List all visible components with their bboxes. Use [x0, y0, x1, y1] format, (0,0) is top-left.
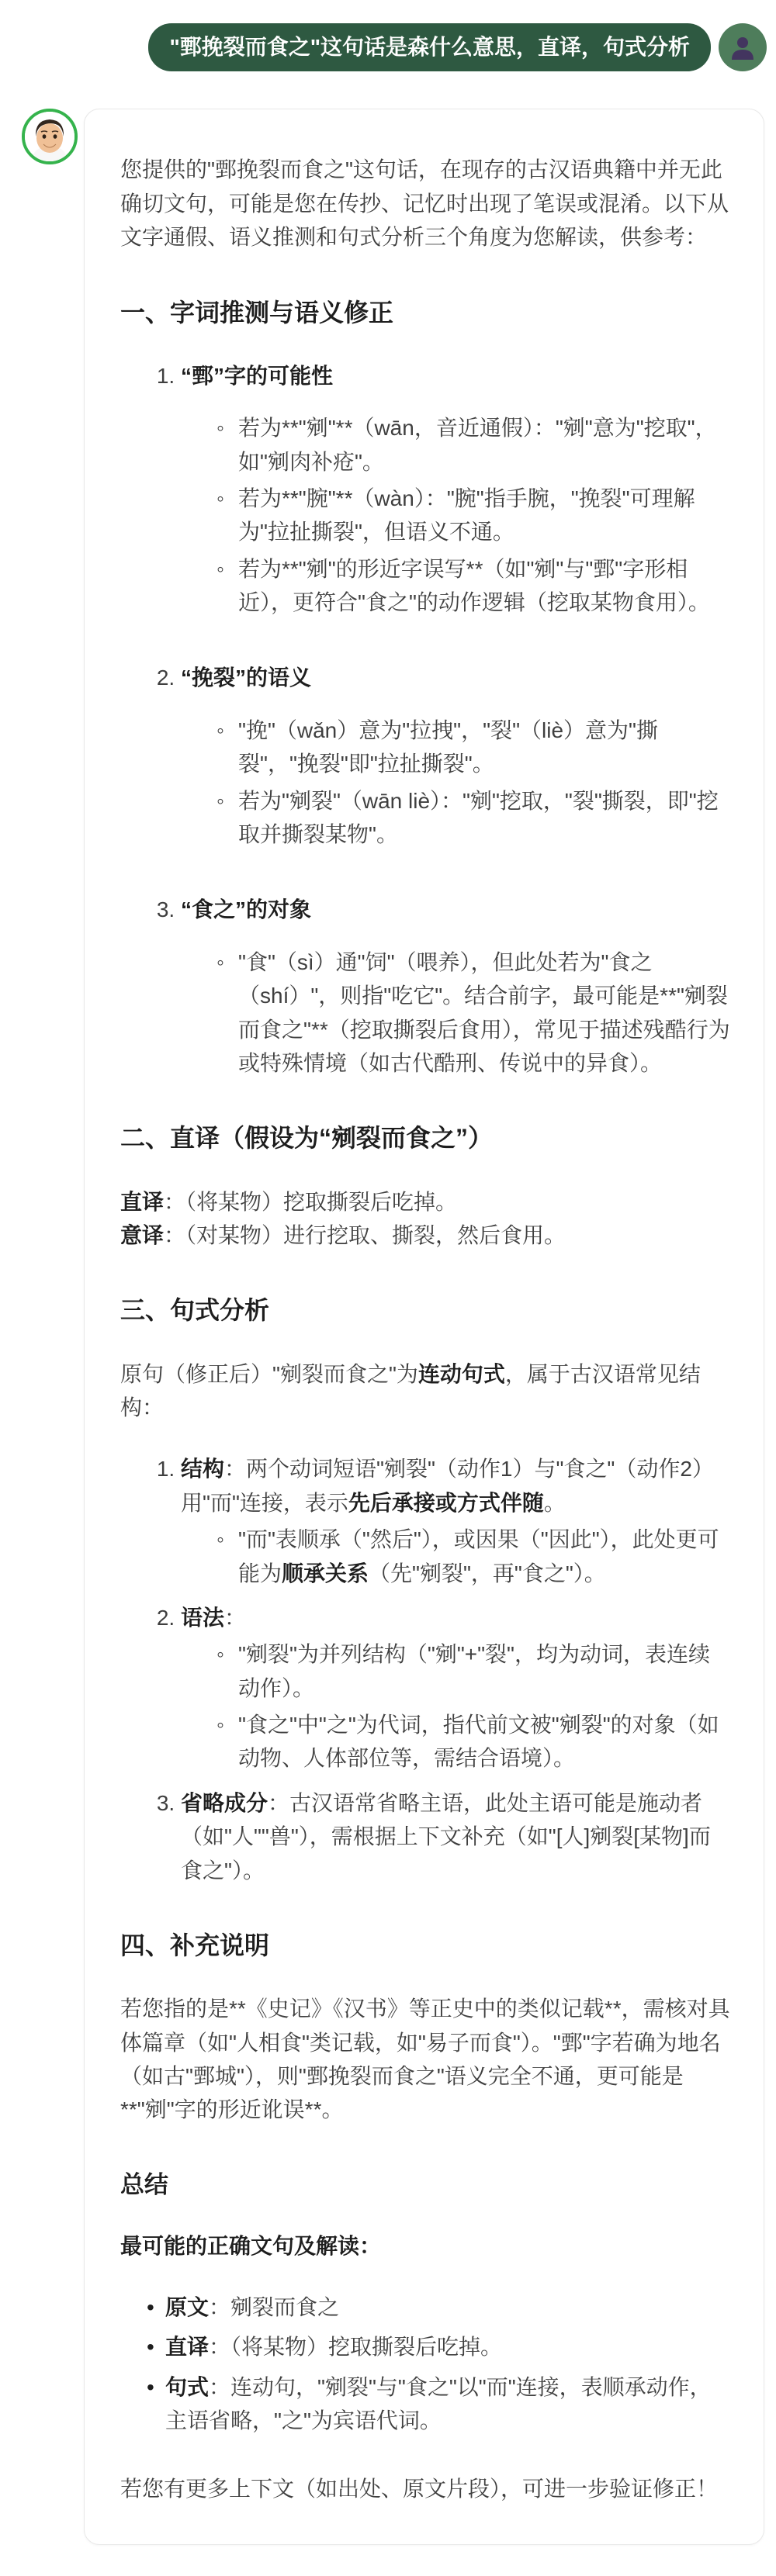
- person-icon: [729, 33, 757, 61]
- label: 结构: [181, 1457, 224, 1481]
- bold-text: 连动句式: [418, 1362, 505, 1386]
- list-item-omitted-components: 省略成分：古汉语常省略主语，此处主语可能是施动者（如"人""兽"），需根据上下文…: [181, 1786, 731, 1887]
- bullet-item: "食"（sì）通"饲"（喂养），但此处若为"食之（shí）"，则指"吃它"。结合…: [238, 946, 731, 1081]
- summary-bullet-syntax: 句式：连动句，"剜裂"与"食之"以"而"连接，表顺承动作，主语省略，"之"为宾语…: [165, 2370, 731, 2438]
- text: 。: [544, 1491, 566, 1515]
- bullet-item: 若为**"剜"的形近字误写**（如"剜"与"鄄"字形相近），更符合"食之"的动作…: [238, 552, 731, 620]
- sub-bullet-list: "食"（sì）通"饲"（喂养），但此处若为"食之（shí）"，则指"吃它"。结合…: [181, 946, 731, 1081]
- intro-paragraph: 您提供的"鄄挽裂而食之"这句话，在现存的古汉语典籍中并无此确切文句，可能是您在传…: [120, 153, 731, 254]
- label: 语法: [181, 1606, 224, 1630]
- sub-bullet-list: 若为**"剜"**（wān，音近通假）："剜"意为"挖取"，如"剜肉补疮"。 若…: [181, 411, 731, 619]
- text: （先"剜裂"，再"食之"）。: [369, 1561, 606, 1585]
- bold-text: 顺承关系: [282, 1561, 369, 1585]
- list-item-wanlie-semantics: “挽裂”的语义 "挽"（wǎn）意为"拉拽"，"裂"（liè）意为"撕裂"，"挽…: [181, 661, 731, 851]
- sub-bullet-list: "而"表顺承（"然后"），或因果（"因此"），此处更可能为顺承关系（先"剜裂"，…: [181, 1523, 731, 1590]
- sub-bullet-list: "剜裂"为并列结构（"剜"+"裂"，均为动词，表连续动作）。 "食之"中"之"为…: [181, 1637, 731, 1776]
- bullet-item: "食之"中"之"为代词，指代前文被"剜裂"的对象（如动物、人体部位等，需结合语境…: [238, 1708, 731, 1776]
- syntax-lead-paragraph: 原句（修正后）"剜裂而食之"为连动句式，属于古汉语常见结构：: [120, 1357, 731, 1425]
- summary-bullet-literal: 直译：（将某物）挖取撕裂后吃掉。: [165, 2330, 731, 2363]
- list-item-structure: 结构：两个动词短语"剜裂"（动作1）与"食之"（动作2）用"而"连接，表示先后承…: [181, 1452, 731, 1590]
- closing-paragraph: 若您有更多上下文（如出处、原文片段），可进一步验证修正！: [120, 2472, 731, 2505]
- summary-list: 原文：剜裂而食之 直译：（将某物）挖取撕裂后吃掉。 句式：连动句，"剜裂"与"食…: [120, 2291, 731, 2438]
- text: ：（对某物）进行挖取、撕裂，然后食用。: [164, 1223, 566, 1247]
- section-heading-3: 三、句式分析: [120, 1294, 731, 1327]
- chat-page: "鄄挽裂而食之"这句话是森什么意思，直译，句式分析 您提供的: [0, 0, 776, 2576]
- text: ：（将某物）挖取撕裂后吃掉。: [164, 1190, 457, 1214]
- bullet-item: 若为**"剜"**（wān，音近通假）："剜"意为"挖取"，如"剜肉补疮"。: [238, 411, 731, 479]
- label: 原文: [165, 2295, 209, 2319]
- summary-heading: 总结: [120, 2169, 731, 2201]
- label: 省略成分: [181, 1791, 268, 1815]
- free-translation-line: 意译：（对某物）进行挖取、撕裂，然后食用。: [120, 1219, 731, 1252]
- word-analysis-list: “鄄”字的可能性 若为**"剜"**（wān，音近通假）："剜"意为"挖取"，如…: [120, 359, 731, 1081]
- label: 句式: [165, 2375, 209, 2399]
- summary-bullet-original: 原文：剜裂而食之: [165, 2291, 731, 2324]
- user-message-row: "鄄挽裂而食之"这句话是森什么意思，直译，句式分析: [0, 23, 776, 71]
- label: 直译: [165, 2335, 209, 2359]
- syntax-analysis-list: 结构：两个动词短语"剜裂"（动作1）与"食之"（动作2）用"而"连接，表示先后承…: [120, 1452, 731, 1887]
- bold-text: 先后承接或方式伴随: [348, 1491, 544, 1515]
- label: 意译: [120, 1223, 164, 1247]
- label: 直译: [120, 1190, 164, 1214]
- list-item-grammar: 语法： "剜裂"为并列结构（"剜"+"裂"，均为动词，表连续动作）。 "食之"中…: [181, 1601, 731, 1776]
- user-avatar: [719, 23, 767, 71]
- bullet-item: "剜裂"为并列结构（"剜"+"裂"，均为动词，表连续动作）。: [238, 1637, 731, 1705]
- text: ：: [224, 1606, 246, 1630]
- text: ：（将某物）挖取撕裂后吃掉。: [209, 2335, 502, 2359]
- bullet-item: "而"表顺承（"然后"），或因果（"因此"），此处更可能为顺承关系（先"剜裂"，…: [238, 1523, 731, 1590]
- text: ：剜裂而食之: [209, 2295, 339, 2319]
- assistant-message-row: 您提供的"鄄挽裂而食之"这句话，在现存的古汉语典籍中并无此确切文句，可能是您在传…: [0, 109, 776, 2545]
- literal-translation-line: 直译：（将某物）挖取撕裂后吃掉。: [120, 1185, 731, 1219]
- summary-lead: 最可能的正确文句及解读：: [120, 2229, 731, 2263]
- item-title: “挽裂”的语义: [181, 661, 731, 694]
- translation-block: 直译：（将某物）挖取撕裂后吃掉。 意译：（对某物）进行挖取、撕裂，然后食用。: [120, 1185, 731, 1253]
- bullet-item: 若为"剜裂"（wān liè）："剜"挖取，"裂"撕裂，即"挖取并撕裂某物"。: [238, 784, 731, 852]
- user-message-bubble: "鄄挽裂而食之"这句话是森什么意思，直译，句式分析: [148, 23, 711, 71]
- item-title: “鄄”字的可能性: [181, 359, 731, 392]
- bullet-item: "挽"（wǎn）意为"拉拽"，"裂"（liè）意为"撕裂"，"挽裂"即"拉扯撕裂…: [238, 714, 731, 781]
- sub-bullet-list: "挽"（wǎn）意为"拉拽"，"裂"（liè）意为"撕裂"，"挽裂"即"拉扯撕裂…: [181, 714, 731, 852]
- assistant-avatar-photo: [25, 112, 74, 161]
- assistant-avatar: [22, 109, 78, 164]
- section-heading-2: 二、直译（假设为“剜裂而食之”）: [120, 1122, 731, 1155]
- text: 原句（修正后）"剜裂而食之"为: [120, 1362, 418, 1386]
- section-heading-1: 一、字词推测与语义修正: [120, 296, 731, 330]
- assistant-response-card: 您提供的"鄄挽裂而食之"这句话，在现存的古汉语典籍中并无此确切文句，可能是您在传…: [84, 109, 764, 2545]
- section-heading-4: 四、补充说明: [120, 1929, 731, 1962]
- list-item-ju-possibilities: “鄄”字的可能性 若为**"剜"**（wān，音近通假）："剜"意为"挖取"，如…: [181, 359, 731, 620]
- bullet-item: 若为**"腕"**（wàn）："腕"指手腕，"挽裂"可理解为"拉扯撕裂"，但语义…: [238, 482, 731, 549]
- supplementary-paragraph: 若您指的是**《史记》《汉书》等正史中的类似记载**，需核对具体篇章（如"人相食…: [120, 1992, 731, 2127]
- list-item-shizhi-object: “食之”的对象 "食"（sì）通"饲"（喂养），但此处若为"食之（shí）"，则…: [181, 893, 731, 1080]
- item-title: “食之”的对象: [181, 893, 731, 926]
- text: ：连动句，"剜裂"与"食之"以"而"连接，表顺承动作，主语省略，"之"为宾语代词…: [165, 2375, 712, 2433]
